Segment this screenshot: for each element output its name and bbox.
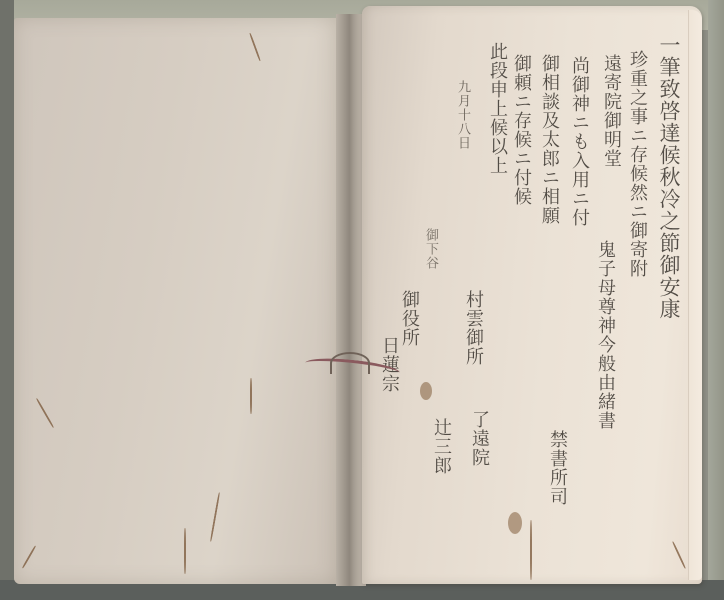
left-page (14, 18, 336, 584)
text-column: 珍重之事ニ存候然ニ御寄附 (628, 50, 646, 570)
ink-stain (420, 382, 432, 400)
background-left (0, 0, 14, 600)
worm-hole (184, 528, 186, 574)
background-right (708, 0, 724, 600)
worm-hole (250, 378, 252, 414)
worm-hole (210, 492, 221, 542)
address-column: 日蓮宗 (380, 336, 398, 446)
ink-stain (508, 512, 522, 534)
text-column: 御相談及太郎ニ相願 (540, 54, 558, 344)
signature-column: 禁書所司 (548, 430, 566, 550)
address-column: 御下谷 (424, 228, 437, 298)
worm-hole (22, 545, 37, 569)
text-column: 一筆致啓達候秋冷之節御安康 (658, 34, 679, 564)
text-column: 此段申上候以上 (488, 42, 506, 242)
signature-column: 村雲御所 (464, 290, 482, 410)
text-column: 遠寄院御明堂 (602, 54, 620, 224)
text-column: 鬼子母尊神今般由緒書 (596, 240, 614, 540)
text-column: 御頼ニ存候ニ付候 (512, 54, 530, 354)
binding-thread-loop (330, 352, 370, 374)
date-column: 九月十八日 (456, 80, 469, 210)
worm-hole (36, 398, 55, 428)
worm-hole (530, 520, 532, 580)
page-stack-edge (688, 10, 702, 580)
text-column: 尚御神ニも入用ニ付 (570, 56, 588, 336)
signature-column: 了遠院 (470, 410, 488, 520)
signature-column: 辻三郎 (432, 418, 450, 518)
worm-hole (249, 33, 261, 62)
address-column: 御役所 (400, 290, 418, 360)
